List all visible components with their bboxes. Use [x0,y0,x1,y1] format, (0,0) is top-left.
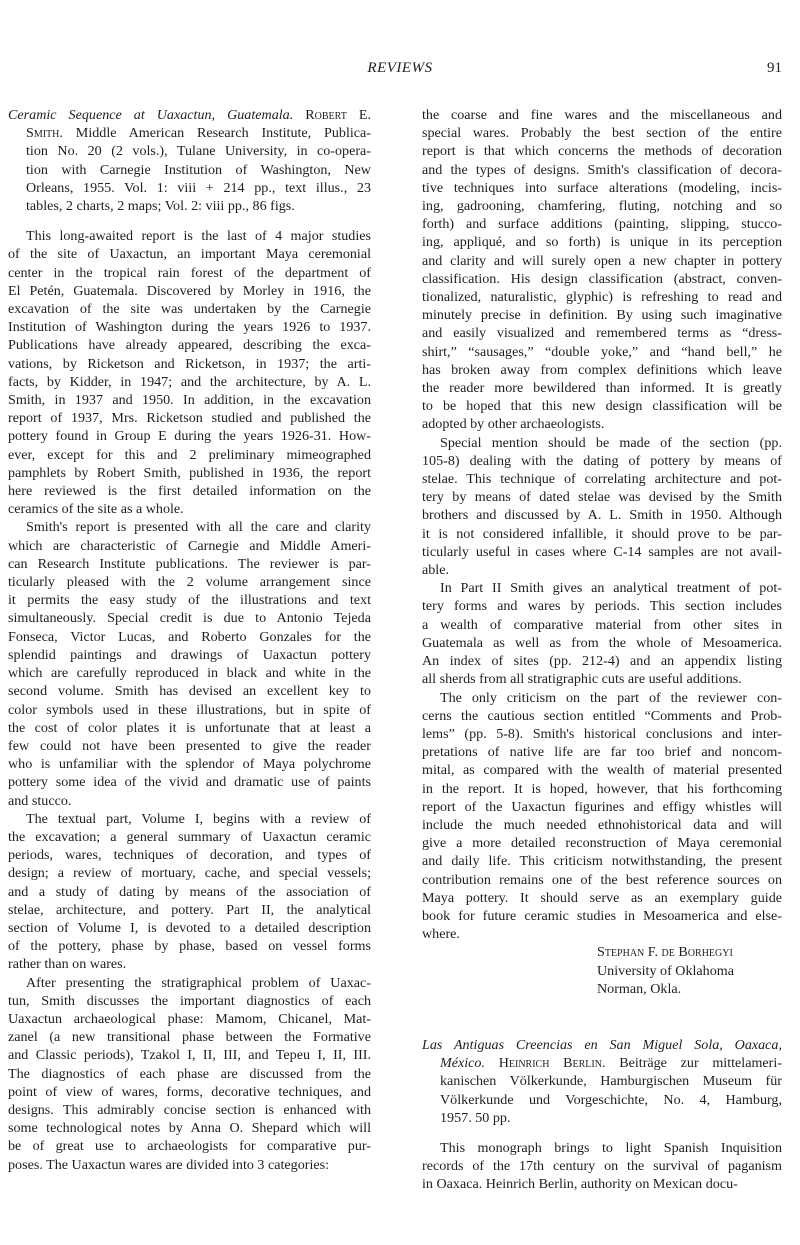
text-line: second volume. Smith has devised an exce… [8,682,371,700]
text-line: all sherds from all stratigraphic cuts a… [422,670,782,688]
reviewer-location: Norman, Okla. [597,980,782,998]
text-line: can Research Institute publications. The… [8,555,371,573]
text-line: the reader more bewildered than informed… [422,379,782,397]
paragraph: In Part II Smith gives an analytical tre… [422,579,782,688]
text-line: include the much needed ethnohistorical … [422,816,782,834]
text-line: of the site of Uaxactun, an important Ma… [8,245,371,263]
text-line: This monograph brings to light Spanish I… [422,1139,782,1157]
text-line: and Classic periods), Tzakol I, II, III,… [8,1046,371,1064]
text-line: and clarity and will surely open a new c… [422,252,782,270]
text-line: Fonseca, Victor Lucas, and Roberto Gonza… [8,628,371,646]
text-line: facts, by Kidder, in 1947; and the archi… [8,373,371,391]
text-line: to be hoped that this new design classif… [422,397,782,415]
citation-line: Ceramic Sequence at Uaxactun, Guatemala.… [8,106,371,124]
text-line: it permits the easy study of the illustr… [8,591,371,609]
text-line: The diagnostics of each phase are discus… [8,1065,371,1083]
paragraph: Special mention should be made of the se… [422,434,782,580]
text-line: ticularly useful in cases where C-14 sam… [422,543,782,561]
text-line: tun, Smith discusses the important diagn… [8,992,371,1010]
text-line: forth) and surface additions (painting, … [422,215,782,233]
text-line: pamphlets by Robert Smith, published in … [8,464,371,482]
text-line: Guatemala as well as from the whole of M… [422,634,782,652]
paragraph: After presenting the stratigraphical pro… [8,974,371,1174]
text-line: ceramics of the site as a whole. [8,500,371,518]
text-line: where. [422,925,782,943]
citation-line: Völkerkunde und Vorgeschichte, No. 4, Ha… [422,1091,782,1109]
text-line: has broken away from complex definitions… [422,361,782,379]
text-line: ever, except for this and 2 preliminary … [8,446,371,464]
text-line: able. [422,561,782,579]
text-line: 105-8) dealing with the dating of potter… [422,452,782,470]
text-line: design; a review of mortuary, cache, and… [8,864,371,882]
text-line: shirt,” “sausages,” “double yoke,” and “… [422,343,782,361]
text-line: section of Volume I, is devoted to a det… [8,919,371,937]
paragraph: Smith's report is presented with all the… [8,518,371,809]
text-line: which are characteristic of Carnegie and… [8,537,371,555]
text-line: of the pottery, phase by phase, based on… [8,937,371,955]
running-header: REVIEWS 91 [0,60,800,82]
reviewer-name: Stephan F. de Borhegyi [597,943,782,961]
text-line: ing, appliqué, and so forth) is unique i… [422,233,782,251]
reviewer-signature: Stephan F. de Borhegyi University of Okl… [422,943,782,998]
text-line: in Oaxaca. Heinrich Berlin, authority on… [422,1175,782,1193]
text-line: Uaxactun archaeological phase: Mamom, Ch… [8,1010,371,1028]
text-line: records of the 17th century on the survi… [422,1157,782,1175]
citation-line: tion No. 20 (2 vols.), Tulane University… [8,142,371,160]
text-line: who is unfamiliar with the splendor of M… [8,755,371,773]
paragraph: the coarse and fine wares and the miscel… [422,106,782,434]
text-line: center in the tropical rain forest of th… [8,264,371,282]
text-line: The textual part, Volume I, begins with … [8,810,371,828]
text-line: periods, wares, techniques of decoration… [8,846,371,864]
author-name-part1: Robert E. [305,107,371,123]
text-line: In Part II Smith gives an analytical tre… [422,579,782,597]
page-number: 91 [767,60,782,77]
paragraph: The only criticism on the part of the re… [422,689,782,944]
text-line: tionalized, naturalistic, glyphic) is re… [422,288,782,306]
review2-citation: Las Antiguas Creencias en San Miguel Sol… [422,1036,782,1127]
text-line: Smith, in 1937 and 1950. In addition, in… [8,391,371,409]
text-line: pottery some idea of the vivid and drama… [8,773,371,791]
text-line: Publications have already appeared, desc… [8,336,371,354]
review1-citation: Ceramic Sequence at Uaxactun, Guatemala.… [8,106,371,215]
author-name: Heinrich Berlin. [499,1055,606,1071]
text-line: The only criticism on the part of the re… [422,689,782,707]
review1-body-left: This long-awaited report is the last of … [8,227,371,1174]
running-title: REVIEWS [0,60,800,77]
text-line: a wealth of comparative material from ot… [422,616,782,634]
text-line: tery forms and wares by periods. This se… [422,597,782,615]
citation-line: México. Heinrich Berlin. Beiträge zur mi… [422,1054,782,1072]
text-line: be of great use to archaeologists for co… [8,1137,371,1155]
text-line: report of the Uaxactun figurines and eff… [422,798,782,816]
text-line: poses. The Uaxactun wares are divided in… [8,1156,371,1174]
text-line: mital, as compared with the wealth of ma… [422,761,782,779]
text-line: minutely precise in definition. By using… [422,306,782,324]
text-line: classification. His design classificatio… [422,270,782,288]
right-column: the coarse and fine wares and the miscel… [422,106,782,1194]
text-line: some technological notes by Anna O. Shep… [8,1119,371,1137]
text-line: stelae, architecture, and pottery. Part … [8,901,371,919]
citation-line: Smith. Middle American Research Institut… [8,124,371,142]
citation-line: 1957. 50 pp. [422,1109,782,1127]
text-line: report is that which concerns the method… [422,142,782,160]
reviewer-affiliation: University of Oklahoma [597,962,782,980]
citation-line: Las Antiguas Creencias en San Miguel Sol… [422,1036,782,1054]
text-line: stelae. This technique of correlating ar… [422,470,782,488]
text-line: and stucco. [8,792,371,810]
review1-body-right: the coarse and fine wares and the miscel… [422,106,782,943]
author-name-part2: Smith. [26,125,63,141]
text-line: Maya pottery. It should serve as an exem… [422,889,782,907]
text-line: cerns the cautious section entitled “Com… [422,707,782,725]
text-line: pottery found in Group E during the year… [8,427,371,445]
text-line: designs. This admirably concise section … [8,1101,371,1119]
text-line: in the report. It is hoped, however, tha… [422,780,782,798]
text-line: vations, by Ricketson and Ricketson, in … [8,355,371,373]
text-line: special wares. Probably the best section… [422,124,782,142]
text-line: point of view of wares, forms, decorativ… [8,1083,371,1101]
text-line: and a study of dating by means of the as… [8,883,371,901]
text-line: brothers and discussed by A. L. Smith in… [422,506,782,524]
text-line: give a more detailed reconstruction of M… [422,834,782,852]
text-line: splendid paintings and drawings of Uaxac… [8,646,371,664]
text-line: lems” (pp. 5-8). Smith's historical conc… [422,725,782,743]
left-column: Ceramic Sequence at Uaxactun, Guatemala.… [8,106,371,1174]
text-line: Special mention should be made of the se… [422,434,782,452]
text-line: After presenting the stratigraphical pro… [8,974,371,992]
text-line: few could not have been presented to giv… [8,737,371,755]
citation-line: tables, 2 charts, 2 maps; Vol. 2: viii p… [8,197,371,215]
text-line: This long-awaited report is the last of … [8,227,371,245]
review2-body: This monograph brings to light Spanish I… [422,1139,782,1194]
text-line: the cost of color plates it is unfortuna… [8,719,371,737]
citation-line: Orleans, 1955. Vol. 1: viii + 214 pp., t… [8,179,371,197]
text-line: which are carefully reproduced in black … [8,664,371,682]
text-line: report of 1937, Mrs. Ricketson studied a… [8,409,371,427]
text-line: it is not considered infallible, it shou… [422,525,782,543]
text-line: and easily visualized and remembered ter… [422,324,782,342]
text-line: pretations of native life are far too br… [422,743,782,761]
text-line: ticularly pleased with the 2 volume arra… [8,573,371,591]
text-line: here reviewed is the first detailed info… [8,482,371,500]
text-line: Smith's report is presented with all the… [8,518,371,536]
text-line: ing, gadrooning, chamfering, fluting, no… [422,197,782,215]
text-line: the excavation; a general summary of Uax… [8,828,371,846]
text-line: rather than on wares. [8,955,371,973]
book-title: Ceramic Sequence at Uaxactun, Guatemala. [8,107,293,123]
text-line: book for future ceramic studies in Mesoa… [422,907,782,925]
text-line: excavation of the site was undertaken by… [8,300,371,318]
text-line: simultaneously. Special credit is due to… [8,609,371,627]
text-line: zanel (a new transitional phase between … [8,1028,371,1046]
paragraph: This monograph brings to light Spanish I… [422,1139,782,1194]
text-line: adopted by other archaeologists. [422,415,782,433]
text-line: and daily life. This criticism notwithst… [422,852,782,870]
text-line: color symbols used in these illustration… [8,701,371,719]
text-line: tery by means of dated stelae was devise… [422,488,782,506]
text-line: the coarse and fine wares and the miscel… [422,106,782,124]
text-line: tive techniques into surface alterations… [422,179,782,197]
citation-line: kanischen Völkerkunde, Hamburgischen Mus… [422,1072,782,1090]
text-line: and the types of designs. Smith's classi… [422,161,782,179]
text-line: contribution remains one of the best ref… [422,871,782,889]
citation-line: tion with Carnegie Institution of Washin… [8,161,371,179]
text-line: An index of sites (pp. 212-4) and an app… [422,652,782,670]
paragraph: This long-awaited report is the last of … [8,227,371,518]
paragraph: The textual part, Volume I, begins with … [8,810,371,974]
text-line: Institution of Washington during the yea… [8,318,371,336]
text-line: El Petén, Guatemala. Discovered by Morle… [8,282,371,300]
